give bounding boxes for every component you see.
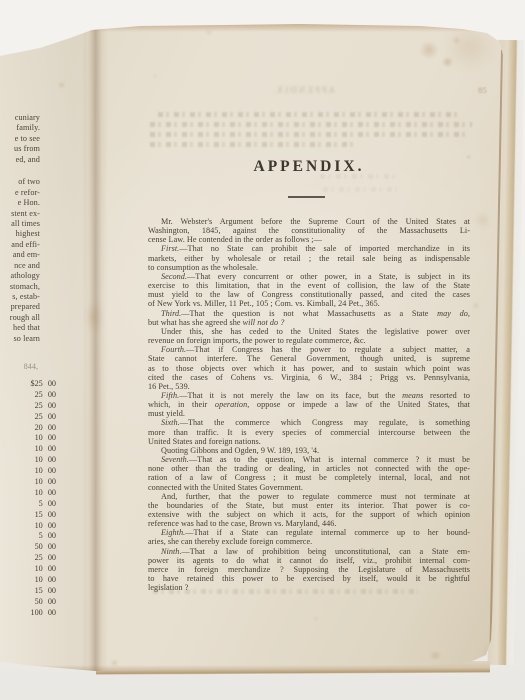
gutter-seam [82,24,108,674]
print-line: extensive with the subject on which it a… [148,510,470,519]
amount-entry: 10 00 [0,477,56,488]
amount-entry: 10 00 [0,444,56,455]
print-line: Sixth.—That the commerce which Congress … [148,418,470,427]
print-line: legislation ? [148,583,470,592]
print-line: Quoting Gibbons and Ogden, 9 W. 189, 193… [148,446,470,455]
left-page-line-fragment: rough all [0,313,40,323]
page-title: APPENDIX. [148,158,470,176]
left-page-line-fragment: prepared [0,302,40,312]
amount-entry: 10 00 [0,455,56,466]
print-line: United States and foreign nations. [148,437,470,446]
foxing-spot [88,294,100,340]
foxing-spot [476,210,490,230]
print-line: Seventh.—That as to the question, What i… [148,455,470,464]
print-line: must yield. [148,409,470,418]
showthrough-running-head: APPENDIX. [258,85,348,95]
print-line: which, in their operation, oppose or imp… [148,400,470,409]
print-line: Fourth.—That if Congress has the power t… [148,345,470,354]
foxing-spot [110,660,119,666]
left-page-fragments: cuniaryfamily.e to seeus fromed, andof t… [0,113,40,344]
print-line: must yield to the law of Congress consti… [148,290,470,299]
left-page-line-fragment: and em- [0,250,40,260]
amount-entry: $25 00 [0,379,56,390]
open-book-leaf: APPENDIX. 85 cuniaryfamily.e to seeus fr… [0,24,512,674]
amount-entry: 25 00 [0,390,56,401]
left-page-line-fragment: e Hon. [0,198,40,208]
left-page-year-fragment: 844, [0,362,38,371]
left-page-line-fragment [0,165,40,177]
left-page-line-fragment: stent ex- [0,209,40,219]
left-page-line-fragment: family. [0,123,40,133]
left-page-line-fragment: and effi- [0,240,40,250]
print-line: ration of a law of Congress ; it must be… [148,473,470,482]
showthrough-text-line [158,112,458,117]
print-line: Under this, she has ceded to the United … [148,327,470,336]
amount-entry: 5 00 [0,531,56,542]
print-line: Eighth.—That if a State can regulate int… [148,528,470,537]
showthrough-page-number: 85 [478,85,500,95]
foxing-spot [472,302,480,309]
amount-entry: 50 00 [0,542,56,553]
amount-entry: 20 00 [0,423,56,434]
print-line: revenue on foreign imports, the power to… [148,336,470,345]
print-line: connected with the United States Governm… [148,483,470,492]
amount-entry: 5 00 [0,499,56,510]
print-line: Second.—That every concurrent or other p… [148,272,470,281]
print-line: to have retained this power to be exerci… [148,574,470,583]
amount-entry: 100 00 [0,608,56,619]
amount-entry: 25 00 [0,553,56,564]
left-page-line-fragment: e to see [0,134,40,144]
foxing-spot [205,30,213,35]
print-line: none other than the trading or dealing, … [148,464,470,473]
left-page-line-fragment: s, estab- [0,292,40,302]
print-line: power its agents to do what it cannot do… [148,556,470,565]
print-line: merce in foreign merchandize ? Supposing… [148,565,470,574]
amount-entry: 25 00 [0,401,56,412]
print-line: aries, she can thereby exclude foreign c… [148,537,470,546]
print-line: Ninth.—That a law of prohibition being u… [148,547,470,556]
left-page-line-fragment: e refor- [0,188,40,198]
amount-entry: 50 00 [0,597,56,608]
left-page-line-fragment: athology [0,271,40,281]
left-page-line-fragment: all times [0,219,40,229]
left-page-line-fragment: so learn [0,334,40,344]
foxing-spot [57,82,66,88]
amount-entry: 10 00 [0,466,56,477]
foxing-spot [440,29,500,65]
amount-entry: 10 00 [0,575,56,586]
left-page-line-fragment: cuniary [0,113,40,123]
print-line: State cannot interfere. The General Gove… [148,354,470,363]
print-line: markets, either by wholesale or retail ;… [148,254,470,263]
print-line: as to those objects over which it has po… [148,364,470,373]
showthrough-text-line [150,122,472,127]
title-rule [288,196,325,198]
left-page-line-fragment: stomach, [0,282,40,292]
left-page-line-fragment: hed that [0,323,40,333]
amount-entry: 10 00 [0,433,56,444]
print-line: First.—That no State can prohibit the sa… [148,244,470,253]
print-line: the boundaries of the State, but must en… [148,501,470,510]
amount-entry: 10 00 [0,564,56,575]
print-line: cense Law. He contended in the order as … [148,235,470,244]
amount-entry: 25 00 [0,412,56,423]
print-line: And, further, that the power to regulate… [148,492,470,501]
showthrough-text-line [150,132,468,137]
amount-entry: 10 00 [0,521,56,532]
left-page-line-fragment: of two [0,177,40,187]
foxing-spot [152,74,158,78]
print-line: Fifth.—That it is not merely the law on … [148,391,470,400]
left-page-amount-column: $25 0025 0025 0025 0020 0010 0010 0010 0… [0,379,56,619]
showthrough-text-line [323,187,397,192]
print-line: but what has she agreed she will not do … [148,318,470,327]
left-page-line-fragment: nce and [0,261,40,271]
tanned-top-edge [0,24,512,32]
left-page-line-fragment: ed, and [0,155,40,165]
print-line: exercise to this limitation, that in the… [148,281,470,290]
print-line: Washington, 1845, against the constituti… [148,226,470,235]
foxing-spot [313,616,319,621]
print-line: Third.—That the question is not what Mas… [148,309,470,318]
print-line: of New York vs. Miller, 11 Pet., 105 ; C… [148,299,470,308]
print-line: more than traffic. It is every species o… [148,428,470,437]
text-column: Mr. Webster's Argument before the Suprem… [148,217,470,592]
left-page-line-fragment: highest [0,229,40,239]
book-photo: APPENDIX. 85 cuniaryfamily.e to seeus fr… [0,0,525,700]
print-line: Mr. Webster's Argument before the Suprem… [148,217,470,226]
showthrough-text-line [150,142,355,147]
amount-entry: 15 00 [0,510,56,521]
print-line: 16 Pet., 539. [148,382,470,391]
foxing-spot [418,42,440,58]
amount-entry: 10 00 [0,488,56,499]
print-line: cited the cases of Cohens vs. Virginia, … [148,373,470,382]
print-line: reference was had to the case, Brown vs.… [148,519,470,528]
amount-entry: 15 00 [0,586,56,597]
print-line: to consumption as the wholesale. [148,263,470,272]
foxing-spot [428,652,443,659]
left-page-line-fragment: us from [0,144,40,154]
